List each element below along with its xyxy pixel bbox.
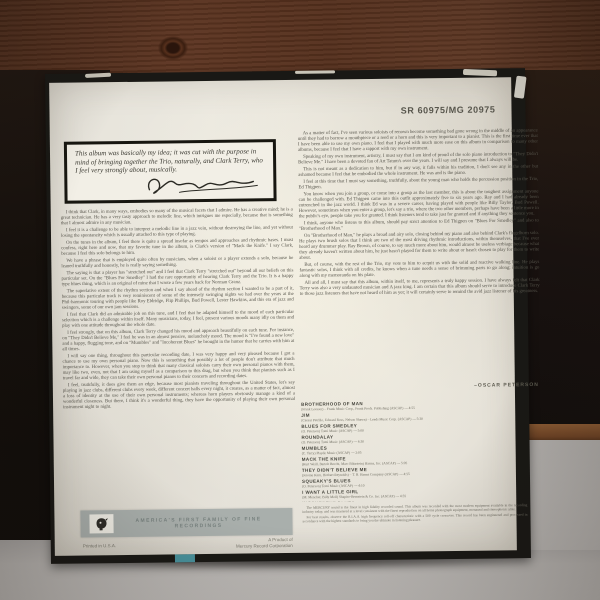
liner-notes-left-wrap: I think that Clark, in many ways, embodi… [61,207,297,508]
brand-slogan: AMERICA'S FIRST FAMILY OF FINE RECORDING… [113,516,283,530]
track-row: BLUES FOR SMEDLEY(O. Peterson) Tomi Musi… [301,421,541,433]
track-row: BROTHERHOOD OF MAN(Frank Loesser) – Fran… [301,399,541,411]
paragraph: For best results, observe the R.I.A.A. h… [302,513,527,524]
edge-wear-mark [463,69,497,76]
track-row: ROUNDALAY(O. Peterson) Tomi Music (ASCAP… [301,432,541,444]
paragraph: I think, anyone who listens to this albu… [299,218,539,232]
paragraph: I feel strongly, that on this album, Cla… [62,327,294,352]
liner-notes-right-wrap: As a matter of fact, I've seen various s… [298,128,541,393]
fine-print: The MERCURY sound is the finest in high … [302,503,527,523]
corner-wear-mark [514,76,527,99]
oscar-peterson-signature-icon [135,170,263,198]
mercury-brand-bar: AMERICA'S FIRST FAMILY OF FINE RECORDING… [80,508,292,538]
mercury-logo-box [89,514,113,533]
paragraph: The superlative extent of the rhythm sec… [62,286,294,311]
liner-notes-right-column: As a matter of fact, I've seen various s… [298,128,540,297]
product-note-line2: Mercury Record Corporation [205,542,293,549]
paragraph: We have a phrase that is employed quite … [61,255,293,269]
paragraph: I feel it is a challenge to be able to i… [61,225,293,239]
track-row: SQUEAKY'S BLUES(O. Peterson) Tomi Music … [302,476,542,488]
paragraph: You know when you join a group, or come … [298,189,538,219]
track-row: MUMBLES(C. Terry) Playde Music (ASCAP) —… [302,443,542,455]
liner-notes-left-column: I think that Clark, in many ways, embodi… [61,207,295,410]
fine-print-wrap: The MERCURY sound is the finest in high … [302,503,527,546]
paragraph: Speaking of my own instrument, artistry,… [298,151,538,165]
paragraph: I think that Clark, in many ways, embodi… [61,207,293,226]
wood-knot [158,36,188,60]
paragraph: On "Brotherhood of Man," he plays a broa… [299,230,539,260]
paragraph: I will say one thing, throughout this pa… [62,351,294,381]
edge-wear-mark [85,73,111,78]
catalog-number: SR 60975/MG 20975 [401,104,496,115]
paragraph: I feel at this time that I must say some… [298,176,538,190]
cover-paper: SR 60975/MG 20975 This album was basical… [49,77,517,556]
paragraph: I feel that Clark did an admirable job o… [62,309,294,328]
track-list: BROTHERHOOD OF MAN(Frank Loesser) – Fran… [301,399,542,502]
mercury-head-logo-icon [94,517,108,531]
track-row: THEY DIDN'T BELIEVE ME(Jerome Kern, Herb… [302,465,542,477]
track-row: I WANT A LITTLE GIRL(M. Mencher, Billy M… [302,487,542,499]
paragraph: All and all, I must say that this album,… [300,277,540,296]
track-row: JIM(Caesar Petrillo, Edward Ross, Nelson… [301,410,541,422]
track-row: MACK THE KNIFE(Kurt Weill, Bertolt Brech… [302,454,542,466]
printed-in-usa-note: Printed in U.S.A. [83,543,116,548]
paragraph: As a matter of fact, I've seen various s… [298,128,538,153]
wood-wall-background [0,0,600,78]
spine-accent-strip [175,554,195,562]
paragraph: On the tunes in the album, I feel there … [61,237,293,256]
producer-quote-box: This album was basically my idea; it was… [64,139,277,204]
product-note: A Product of Mercury Record Corporation [205,537,293,549]
paragraph: But, of course, with the rest of the Tri… [299,259,539,278]
edge-wear-mark [295,70,335,73]
paragraph: This is not meant as a dedication to him… [298,164,538,178]
album-back-cover: SR 60975/MG 20975 This album was basical… [45,68,531,564]
paragraph: The saying is that a player has "stretch… [61,268,293,287]
track-list-wrap: BROTHERHOOD OF MAN(Frank Loesser) – Fran… [301,399,542,502]
paragraph: I feel, truthfully, it does give them an… [63,380,295,410]
